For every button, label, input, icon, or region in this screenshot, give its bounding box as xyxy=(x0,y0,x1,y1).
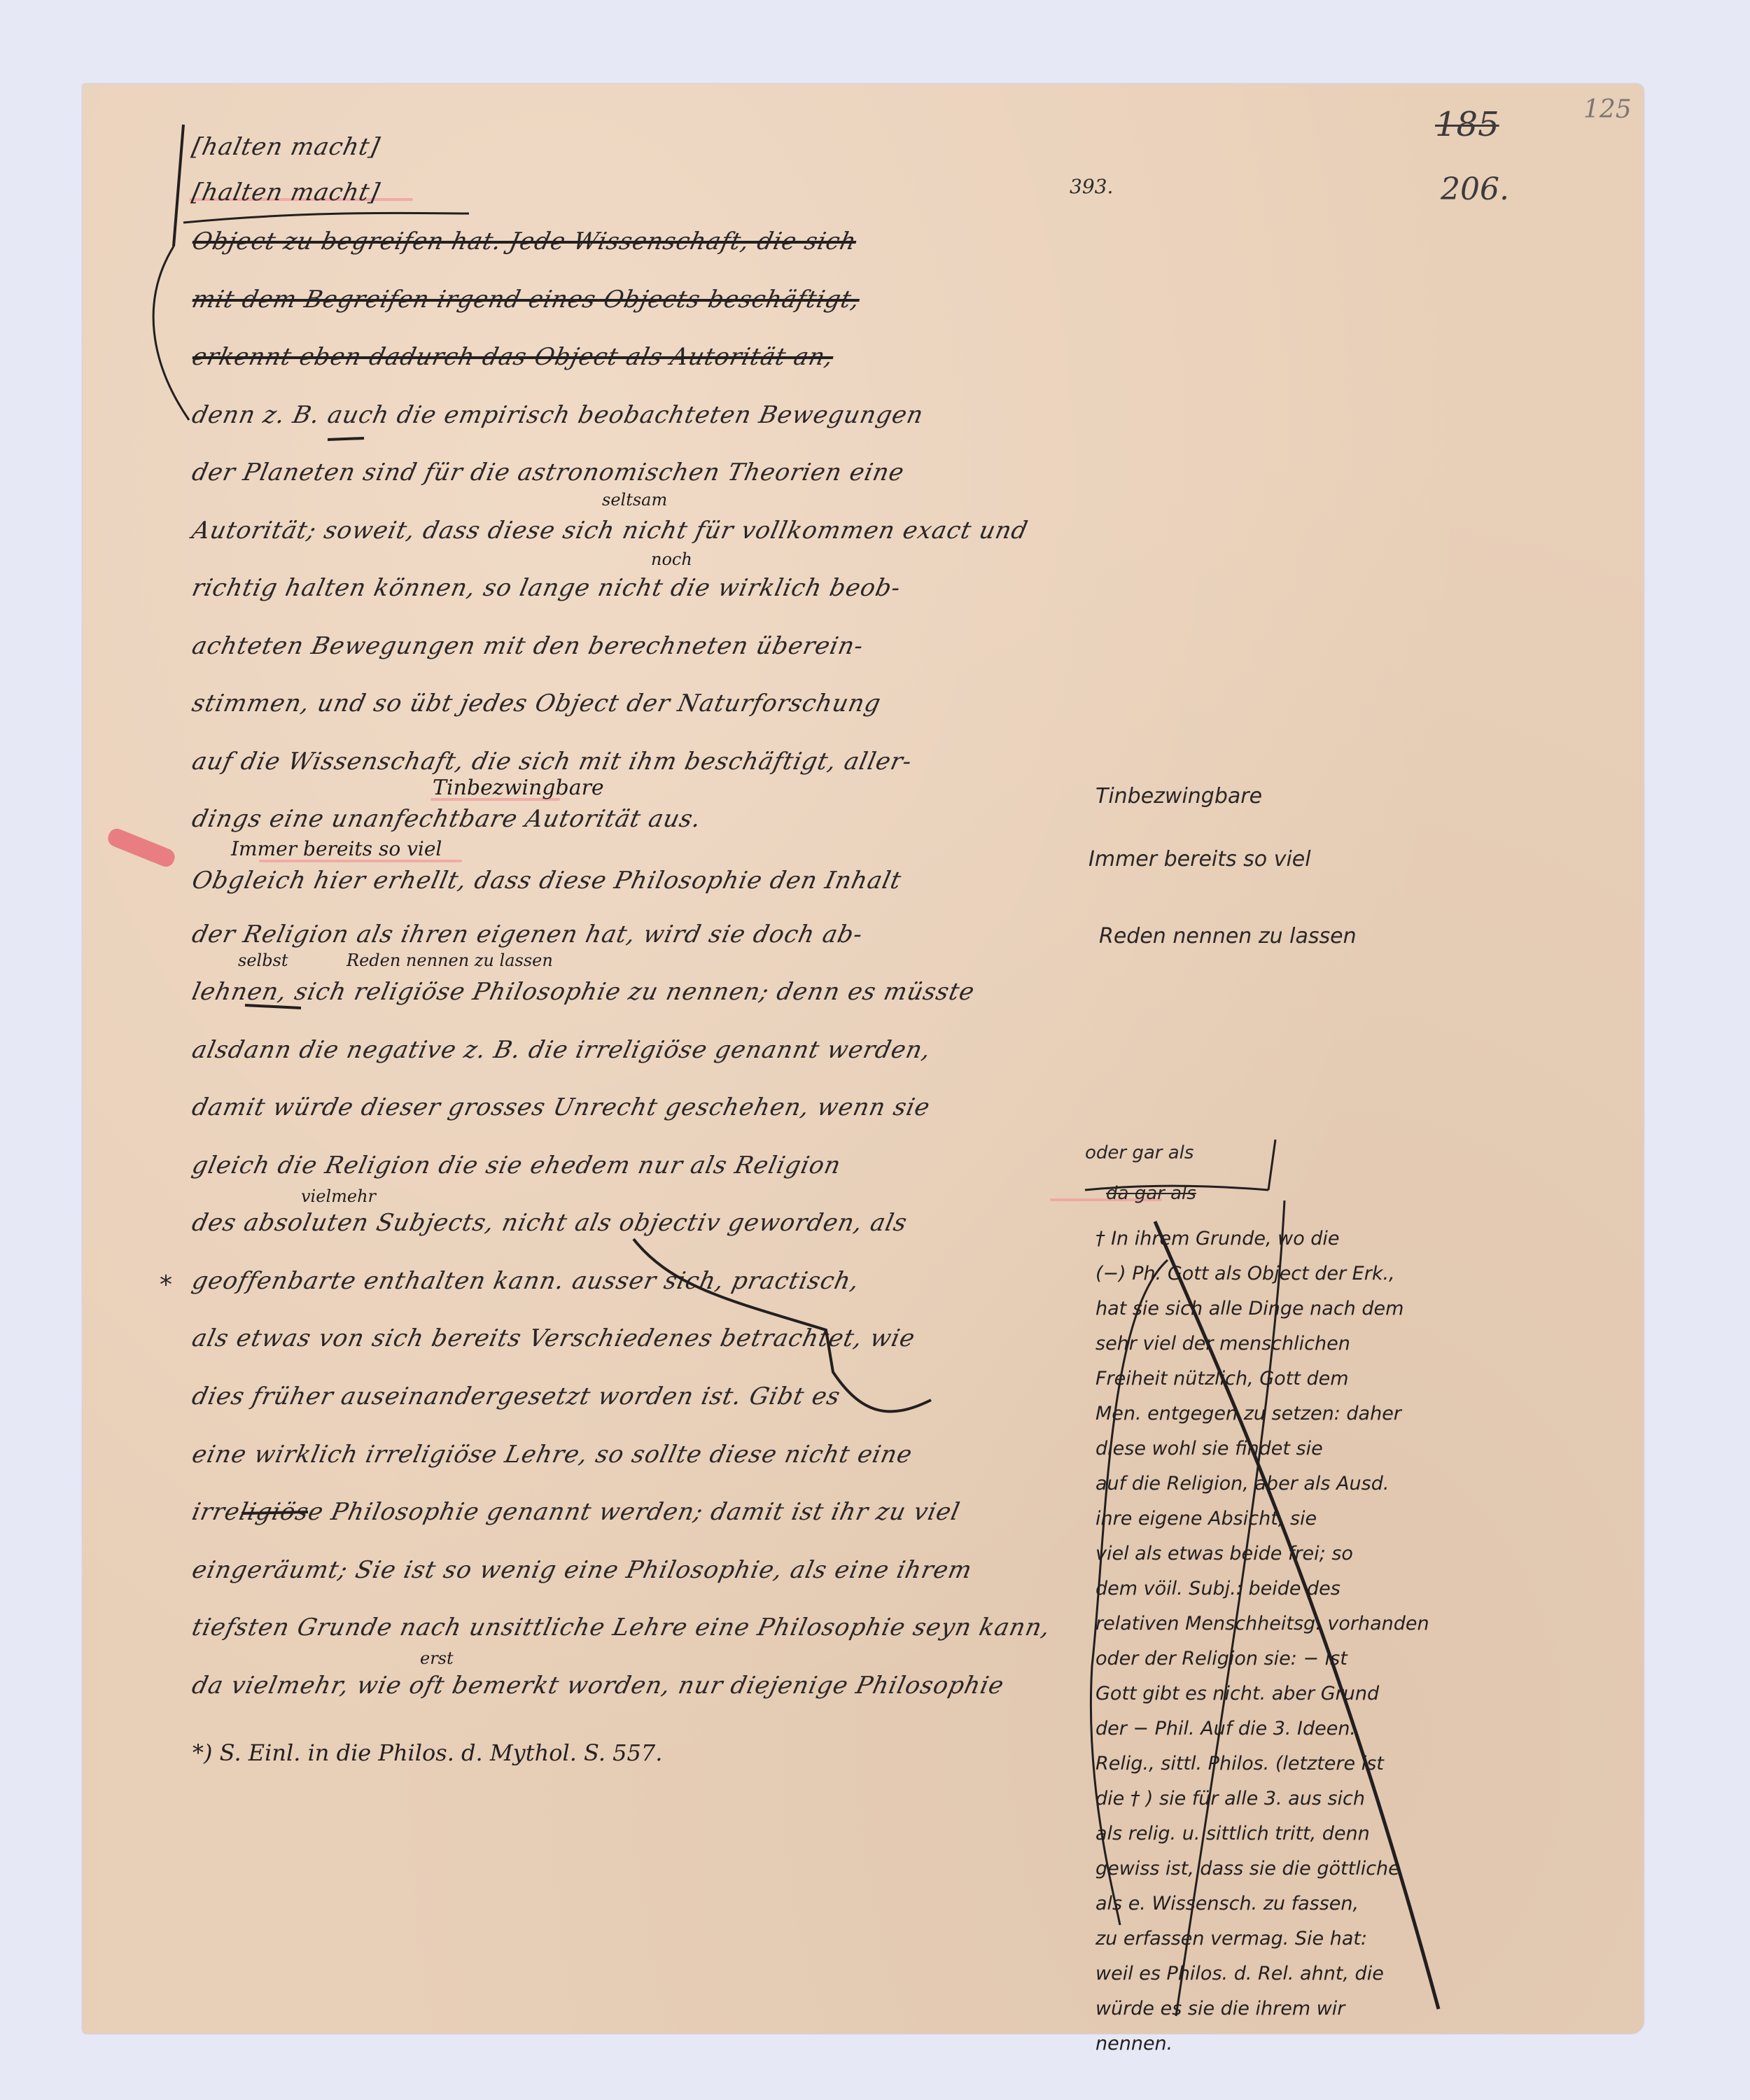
header-underline xyxy=(183,213,469,223)
cross-out-stroke-1 xyxy=(1155,1221,1438,2009)
margin-bracket-underline xyxy=(1085,1186,1268,1190)
header-bracket-curve xyxy=(153,246,189,420)
insertion-routing-line xyxy=(633,1239,931,1411)
underline-religiose xyxy=(245,1005,301,1008)
margin-right-bracket xyxy=(1268,1140,1275,1190)
cross-out-stroke-2 xyxy=(1176,1200,1284,2016)
header-bracket-line xyxy=(174,125,183,246)
side-block-bracket xyxy=(1091,1260,1168,1925)
underline-empirisch xyxy=(328,438,364,440)
ink-strokes-overlay xyxy=(0,0,1750,2100)
underline-philosophie xyxy=(241,1512,308,1513)
